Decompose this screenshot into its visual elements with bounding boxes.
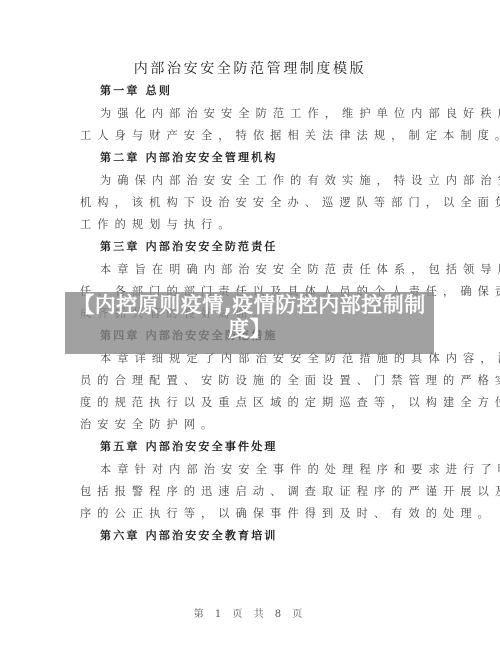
chapter-heading: 第六章 内部治安安全教育培训	[100, 529, 445, 543]
chapter-heading: 第五章 内部治安安全事件处理	[100, 440, 445, 454]
paragraph-line: 本章详细规定了内部治安安全防范措施的具体内容，涵盖保安人	[100, 352, 445, 366]
paragraph-line: 治安安全防护网。	[80, 418, 425, 432]
paragraph-line: 员的合理配置、安防设施的全面设置、门禁管理的严格实施、通行制	[80, 374, 425, 388]
overlay-title: 【内控原则疫情,疫情防控内部控制制度】	[65, 293, 434, 341]
paragraph-line: 机构，该机构下设治安安全办、巡逻队等部门，以全面负责治安安全	[80, 196, 425, 210]
chapter-heading: 第一章 总则	[100, 84, 445, 98]
paragraph-line: 度的规范执行以及重点区域的定期巡查等，以构建全方位、多层次的	[80, 396, 425, 410]
chapter-heading: 第二章 内部治安安全管理机构	[100, 151, 445, 165]
paragraph-line: 本章旨在明确内部治安安全防范责任体系，包括领导层的领导责	[100, 263, 445, 277]
chapter-heading: 第三章 内部治安安全防范责任	[100, 240, 445, 254]
paragraph-line: 工人身与财产安全，特依据相关法律法规，制定本制度。	[80, 129, 425, 143]
page-number: 第 1 页 共 8 页	[0, 605, 500, 620]
paragraph-line: 为确保内部治安安全工作的有效实施，特设立内部治安安全管理	[100, 174, 445, 188]
paragraph-line: 工作的规划与执行。	[80, 218, 425, 232]
paragraph-line: 包括报警程序的迅速启动、调查取证程序的严谨开展以及案件处理程	[80, 485, 425, 499]
document-title: 内部治安安全防范管理制度模版	[0, 58, 500, 78]
paragraph-line: 本章针对内部治安安全事件的处理程序和要求进行了明确规定，	[100, 463, 445, 477]
paragraph-line: 为强化内部治安安全防范工作，维护单位内部良好秩序，确保员	[100, 107, 445, 121]
paragraph-line: 序的公正执行等，以确保事件得到及时、有效的处理。	[80, 507, 425, 521]
